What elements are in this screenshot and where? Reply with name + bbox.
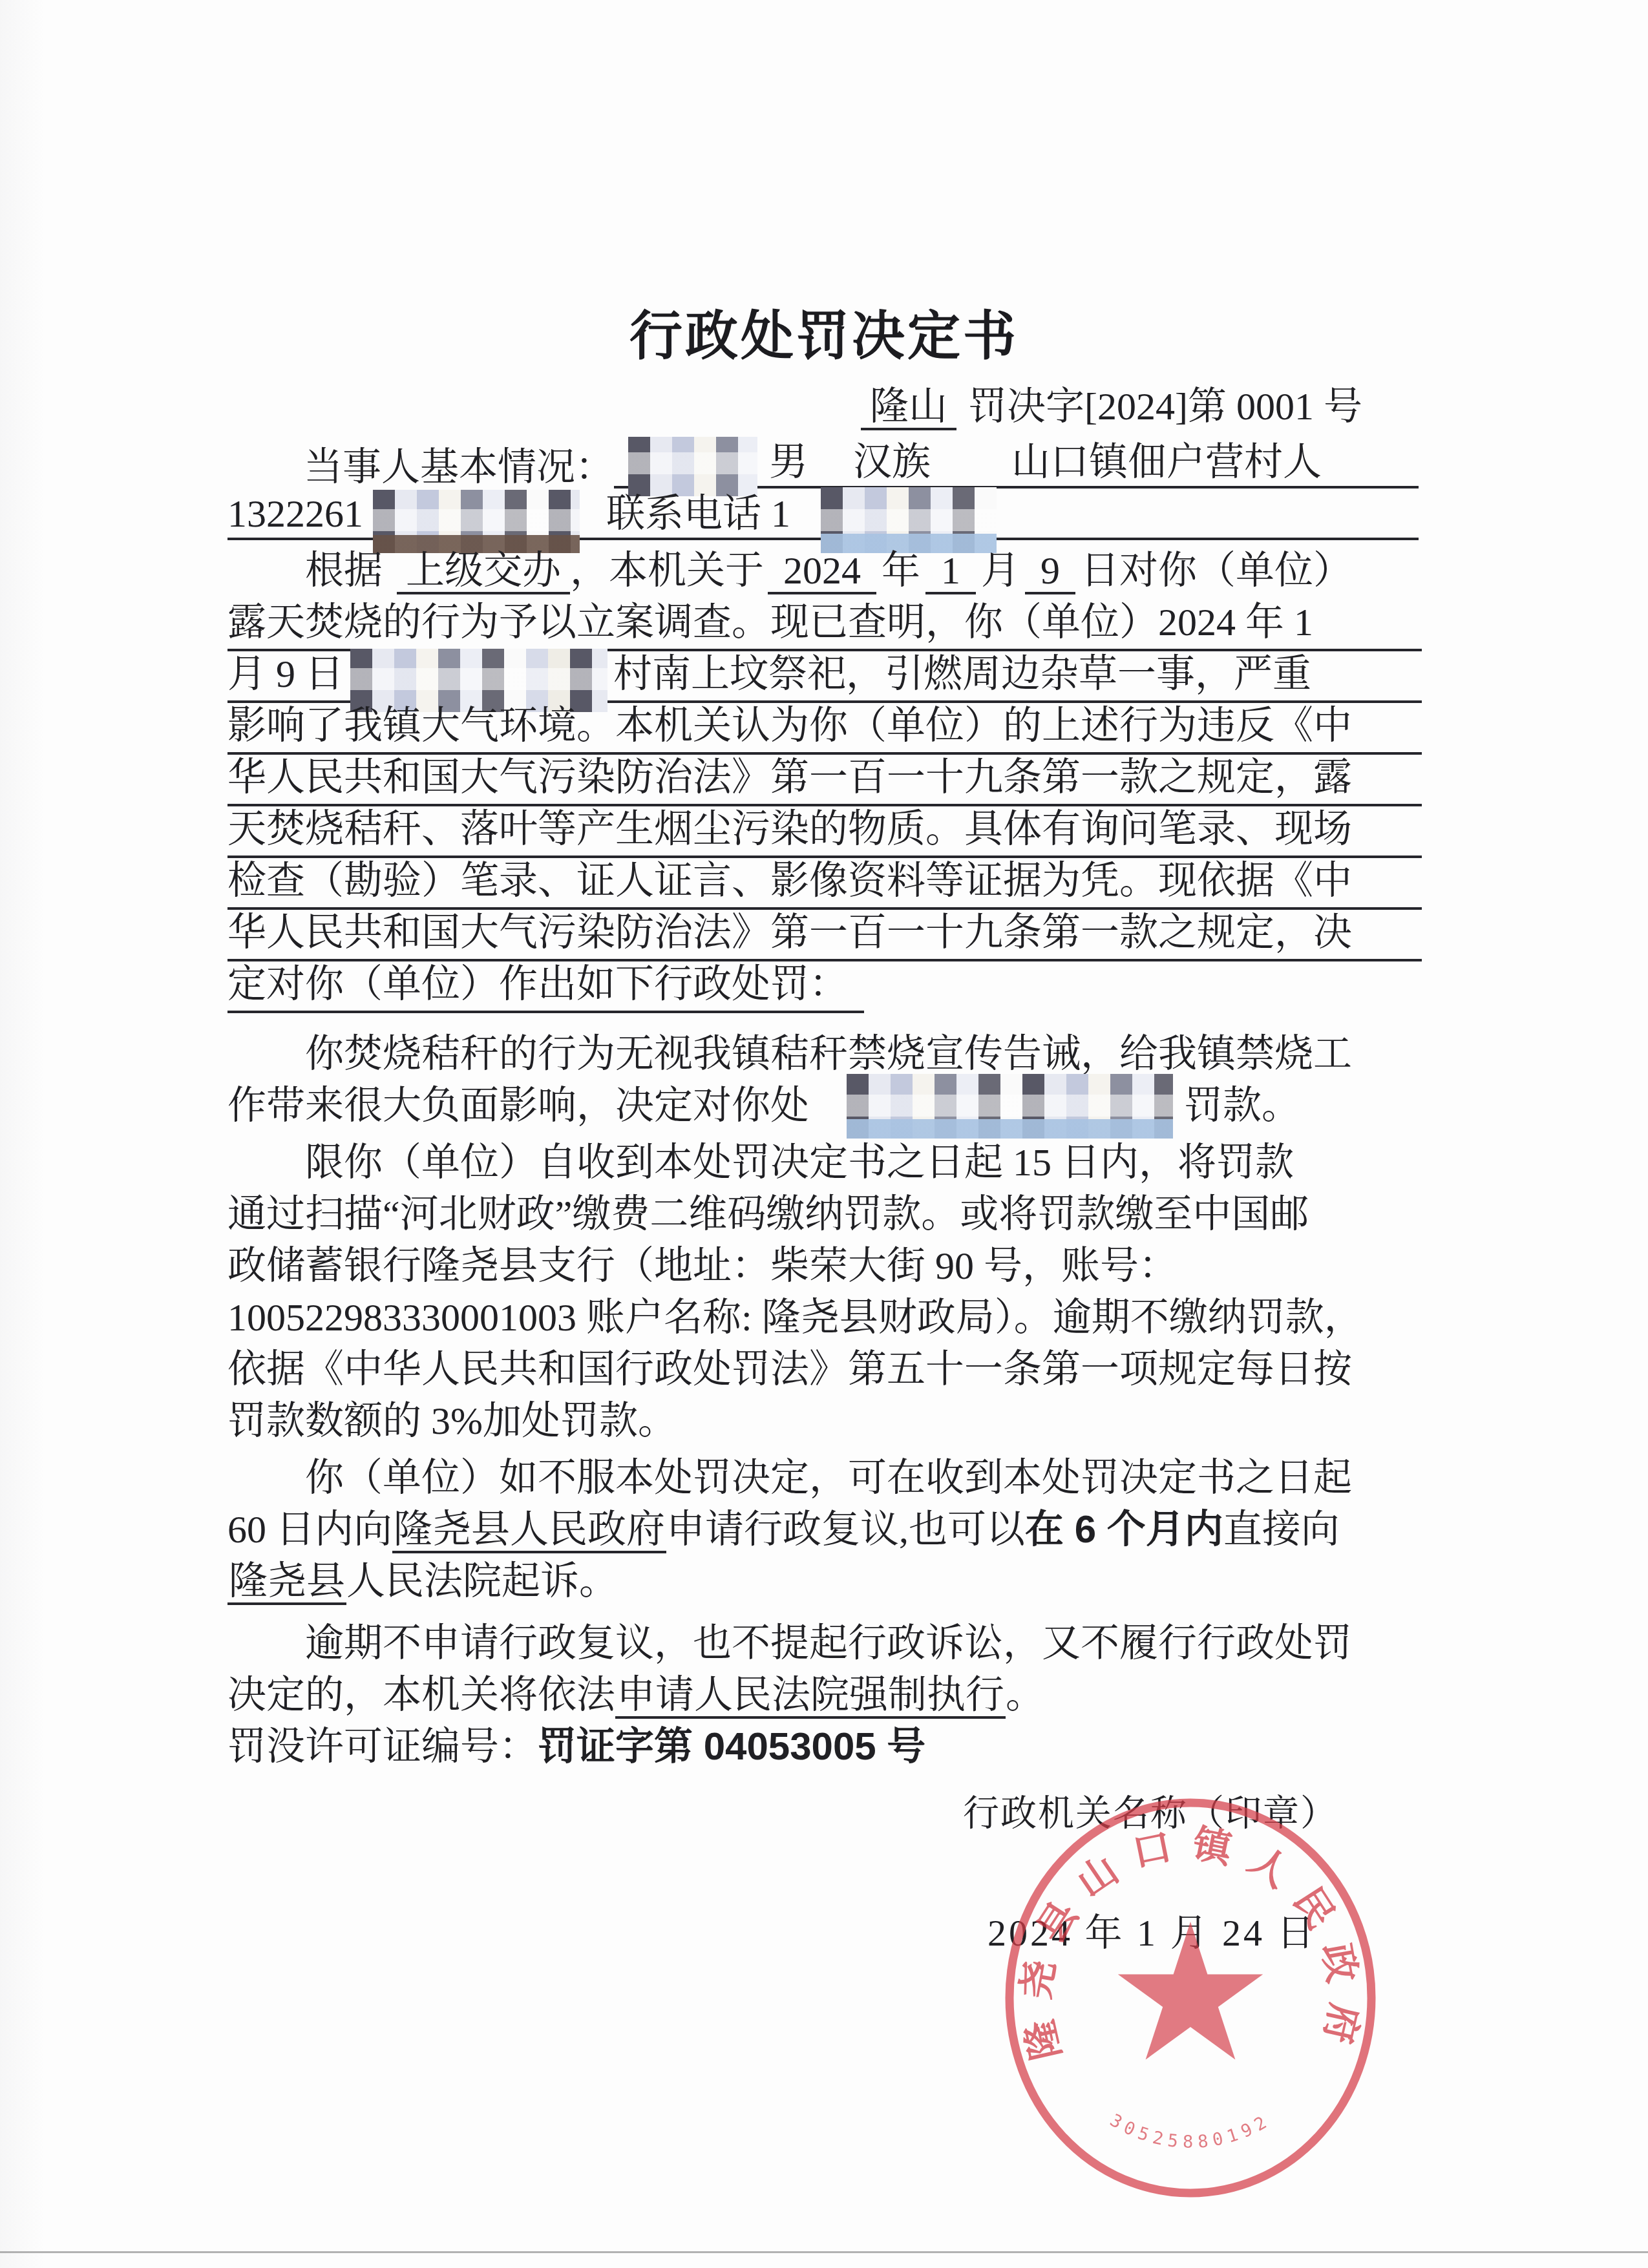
document-title: 行政处罚决定书: [629, 294, 1019, 370]
case-year: 2024: [768, 549, 876, 594]
court-county: 隆尧县: [227, 1560, 346, 1605]
penalty-line-1: 你焚烧秸秆的行为无视我镇秸秆禁烧宣传告诫，给我镇禁烧工: [305, 1033, 1352, 1075]
findings-line-3: 影响了我镇大气环境。本机关认为你（单位）的上述行为违反《中: [227, 704, 1422, 755]
license-label: 罚没许可证编号：: [227, 1725, 538, 1768]
findings-line-6: 检查（勘验）笔录、证人证言、影像资料等证据为凭。现依据《中: [227, 859, 1422, 910]
case-basis-mid: ，本机关于: [570, 549, 764, 592]
license-line: 罚没许可证编号：罚证字第 04053005 号: [227, 1725, 925, 1768]
payment-line-5: 依据《中华人民共和国行政处罚法》第五十一条第一项规定每日按: [227, 1348, 1352, 1391]
party-gender: 男: [769, 441, 808, 483]
case-month: 1: [925, 549, 976, 594]
appeal-mid: 申请行政复议,也可以: [666, 1508, 1025, 1551]
party-origin: 山口镇佃户营村人: [1011, 441, 1322, 483]
findings-line-2-suffix: 村南上坟祭祀，引燃周边杂草一事，严重: [613, 653, 1311, 695]
lawsuit-deadline: 在 6 个月内: [1025, 1507, 1223, 1551]
penalty-line-2-prefix: 作带来很大负面影响，决定对你处: [227, 1084, 809, 1127]
redacted-village-name: [350, 649, 607, 712]
appeal-line-2: 60 日内向隆尧县人民政府申请行政复议,也可以在 6 个月内直接向: [227, 1508, 1340, 1551]
court-tail: 人民法院起诉。: [346, 1560, 618, 1602]
party-id-prefix: 1322261: [227, 492, 363, 535]
party-info-label: 当事人基本情况：: [304, 446, 614, 488]
doc-number-agency-abbrev: 隆山: [861, 385, 956, 430]
decision-intro: 定对你（单位）作出如下行政处罚：: [227, 963, 864, 1013]
case-basis-source: 上级交办: [397, 549, 570, 594]
case-basis-lead: 根据: [305, 549, 383, 592]
payment-line-3: 政储蓄银行隆尧县支行（地址：柴荣大街 90 号，账号：: [227, 1244, 1178, 1287]
review-authority: 隆尧县人民政府: [392, 1508, 666, 1553]
party-contact-line: 1322261 联系电话 1: [227, 496, 1419, 540]
case-month-unit: 月: [981, 549, 1020, 592]
enforcement-period: 。: [1006, 1674, 1044, 1716]
party-contact-fill: 1322261 联系电话 1: [227, 496, 1419, 540]
findings-line-5: 天焚烧秸秆、落叶等产生烟尘污染的物质。具体有询问笔录、现场: [227, 808, 1422, 858]
appeal-line-1: 你（单位）如不服本处罚决定，可在收到本处罚决定书之日起: [305, 1456, 1352, 1499]
appeal-deadline: 60 日内向: [227, 1508, 392, 1551]
case-basis-line: 根据上级交办，本机关于2024年1月9日对你（单位）: [305, 549, 1352, 592]
payment-line-6: 罚款数额的 3%加处罚款。: [227, 1400, 677, 1442]
official-seal: 隆尧县山口镇人民政府 1305258801927: [977, 1772, 1404, 2224]
enforcement-prefix: 决定的，本机关将依法: [227, 1674, 615, 1716]
redacted-id-number: [373, 490, 580, 553]
doc-number-text: 罚决字[2024]第 0001 号: [968, 385, 1362, 428]
penalty-line-2-suffix: 罚款。: [1184, 1084, 1300, 1127]
redacted-party-name: [628, 437, 757, 496]
penalty-decision-document: 行政处罚决定书 隆山罚决字[2024]第 0001 号 当事人基本情况： 男 汉…: [0, 0, 1648, 2268]
findings-line-8: 定对你（单位）作出如下行政处罚：: [227, 963, 864, 1013]
payment-line-1: 限你（单位）自收到本处罚决定书之日起 15 日内，将罚款: [305, 1141, 1294, 1184]
scan-edge-artifact: [0, 2251, 1648, 2253]
findings-line-1: 露天焚烧的行为予以立案调查。现已查明，你（单位）2024 年 1: [227, 601, 1422, 651]
payment-line-4: 100522983330001003 账户名称: 隆尧县财政局）。逾期不缴纳罚款…: [227, 1296, 1363, 1339]
enforcement-line-2: 决定的，本机关将依法申请人民法院强制执行。: [227, 1674, 1044, 1716]
party-phone-label: 联系电话 1: [606, 492, 790, 535]
redacted-fine-amount: [847, 1074, 1173, 1139]
enforcement-line-1: 逾期不申请行政复议，也不提起行政诉讼，又不履行行政处罚: [305, 1622, 1352, 1664]
findings-line-2: 月 9 日 村南上坟祭祀，引燃周边杂草一事，严重: [227, 653, 1422, 703]
findings-line-4: 华人民共和国大气污染防治法》第一百一十九条第一款之规定，露: [227, 756, 1422, 806]
payment-line-2: 通过扫描“河北财政”缴费二维码缴纳罚款。或将罚款缴至中国邮: [227, 1193, 1309, 1235]
appeal-line-3: 隆尧县人民法院起诉。: [227, 1560, 618, 1602]
case-year-unit: 年: [882, 549, 920, 592]
party-info-line: 当事人基本情况： 男 汉族 山口镇佃户营村人: [304, 445, 1419, 488]
party-ethnicity: 汉族: [853, 441, 931, 483]
case-day: 9: [1025, 549, 1075, 594]
findings-line-2-prefix: 月 9 日: [227, 653, 344, 695]
redacted-phone-number: [821, 487, 997, 553]
doc-number-line: 隆山罚决字[2024]第 0001 号: [861, 385, 1362, 428]
seal-star-icon: [1118, 1922, 1263, 2060]
findings-line-7: 华人民共和国大气污染防治法》第一百一十九条第一款之规定，决: [227, 911, 1422, 961]
penalty-line-2: 作带来很大负面影响，决定对你处 罚款。: [227, 1084, 809, 1127]
party-info-fill: 男 汉族 山口镇佃户营村人: [614, 445, 1419, 488]
case-basis-tail: 日对你（单位）: [1081, 549, 1352, 592]
appeal-tail: 直接向: [1223, 1508, 1340, 1551]
license-number: 罚证字第 04053005 号: [538, 1725, 925, 1768]
enforcement-underlined: 申请人民法院强制执行: [615, 1674, 1006, 1719]
